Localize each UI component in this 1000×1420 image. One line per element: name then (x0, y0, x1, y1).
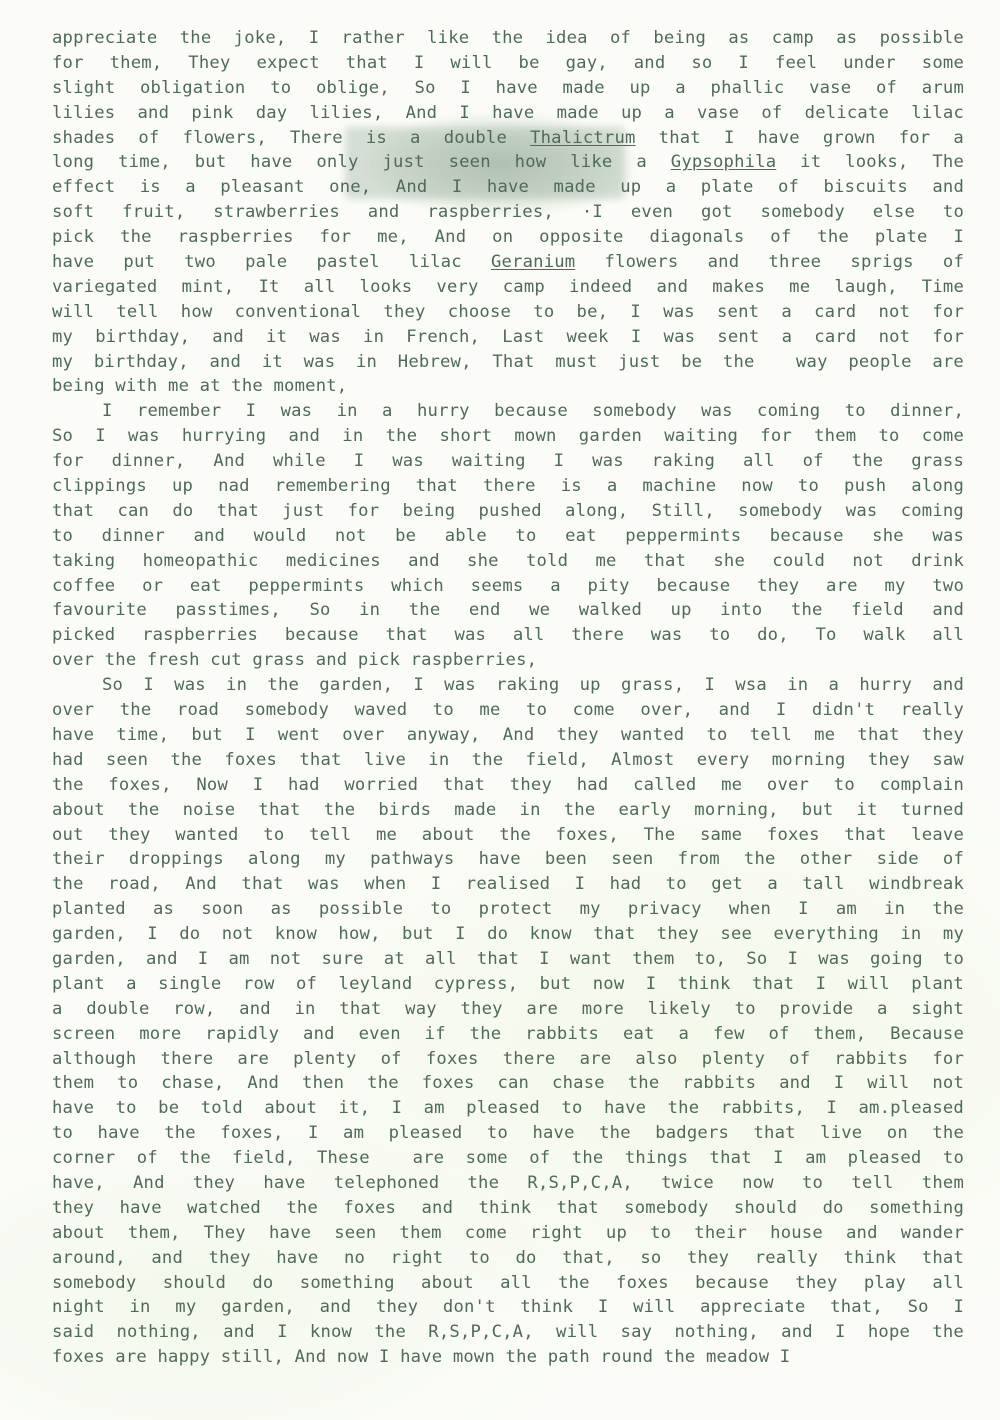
text-line: soft fruit, strawberries and raspberries… (52, 200, 964, 225)
text-line: they have watched the foxes and think th… (52, 1196, 964, 1221)
text-line: being with me at the moment, (52, 374, 964, 399)
text-line: I remember I was in a hurry because some… (52, 399, 964, 424)
underlined-term: Gypsophila (671, 152, 776, 172)
text-line: plant a single row of leyland cypress, b… (52, 972, 964, 997)
text-line: to dinner and would not be able to eat p… (52, 524, 964, 549)
text-line: my birthday, and it was in Hebrew, That … (52, 350, 964, 375)
text-line: garden, I do not know how, but I do know… (52, 922, 964, 947)
document-page: appreciate the joke, I rather like the i… (0, 0, 1000, 1420)
text-line: to have the foxes, I am pleased to have … (52, 1121, 964, 1146)
text-line: around, and they have no right to do tha… (52, 1246, 964, 1271)
text-line: for them, They expect that I will be gay… (52, 51, 964, 76)
text-line: over the road somebody waved to me to co… (52, 698, 964, 723)
underlined-term: Geranium (491, 252, 575, 272)
text-line: shades of flowers, There is a double Tha… (52, 126, 964, 151)
text-line: favourite passtimes, So in the end we wa… (52, 598, 964, 623)
text-line: effect is a pleasant one, And I have mad… (52, 175, 964, 200)
text-line: over the fresh cut grass and pick raspbe… (52, 648, 964, 673)
text-line: about them, They have seen them come rig… (52, 1221, 964, 1246)
text-line: for dinner, And while I was waiting I wa… (52, 449, 964, 474)
text-line: slight obligation to oblige, So I have m… (52, 76, 964, 101)
text-line: night in my garden, and they don't think… (52, 1295, 964, 1320)
text-line: their droppings along my pathways have b… (52, 847, 964, 872)
text-line: appreciate the joke, I rather like the i… (52, 26, 964, 51)
text-line: So I was in the garden, I was raking up … (52, 673, 964, 698)
text-line: a double row, and in that way they are m… (52, 997, 964, 1022)
text-line: taking homeopathic medicines and she tol… (52, 549, 964, 574)
underlined-term: Thalictrum (530, 128, 635, 148)
text-line: will tell how conventional they choose t… (52, 300, 964, 325)
document-body: appreciate the joke, I rather like the i… (52, 26, 964, 1370)
text-line: screen more rapidly and even if the rabb… (52, 1022, 964, 1047)
text-line: planted as soon as possible to protect m… (52, 897, 964, 922)
text-line: garden, and I am not sure at all that I … (52, 947, 964, 972)
text-line: have time, but I went over anyway, And t… (52, 723, 964, 748)
text-line: my birthday, and it was in French, Last … (52, 325, 964, 350)
text-line: somebody should do something about all t… (52, 1271, 964, 1296)
text-line: had seen the foxes that live in the fiel… (52, 748, 964, 773)
text-line: lilies and pink day lilies, And I have m… (52, 101, 964, 126)
text-line: pick the raspberries for me, And on oppo… (52, 225, 964, 250)
text-line: variegated mint, It all looks very camp … (52, 275, 964, 300)
text-line: them to chase, And then the foxes can ch… (52, 1071, 964, 1096)
text-line: the foxes, Now I had worried that they h… (52, 773, 964, 798)
text-line: have put two pale pastel lilac Geranium … (52, 250, 964, 275)
text-line: corner of the field, These are some of t… (52, 1146, 964, 1171)
text-line: coffee or eat peppermints which seems a … (52, 574, 964, 599)
text-line: foxes are happy still, And now I have mo… (52, 1345, 964, 1370)
text-line: about the noise that the birds made in t… (52, 798, 964, 823)
text-line: So I was hurrying and in the short mown … (52, 424, 964, 449)
text-line: although there are plenty of foxes there… (52, 1047, 964, 1072)
text-line: clippings up nad remembering that there … (52, 474, 964, 499)
text-line: that can do that just for being pushed a… (52, 499, 964, 524)
text-line: long time, but have only just seen how l… (52, 150, 964, 175)
text-line: picked raspberries because that was all … (52, 623, 964, 648)
text-line: have to be told about it, I am pleased t… (52, 1096, 964, 1121)
text-line: the road, And that was when I realised I… (52, 872, 964, 897)
text-line: have, And they have telephoned the R,S,P… (52, 1171, 964, 1196)
text-line: said nothing, and I know the R,S,P,C,A, … (52, 1320, 964, 1345)
text-line: out they wanted to tell me about the fox… (52, 823, 964, 848)
